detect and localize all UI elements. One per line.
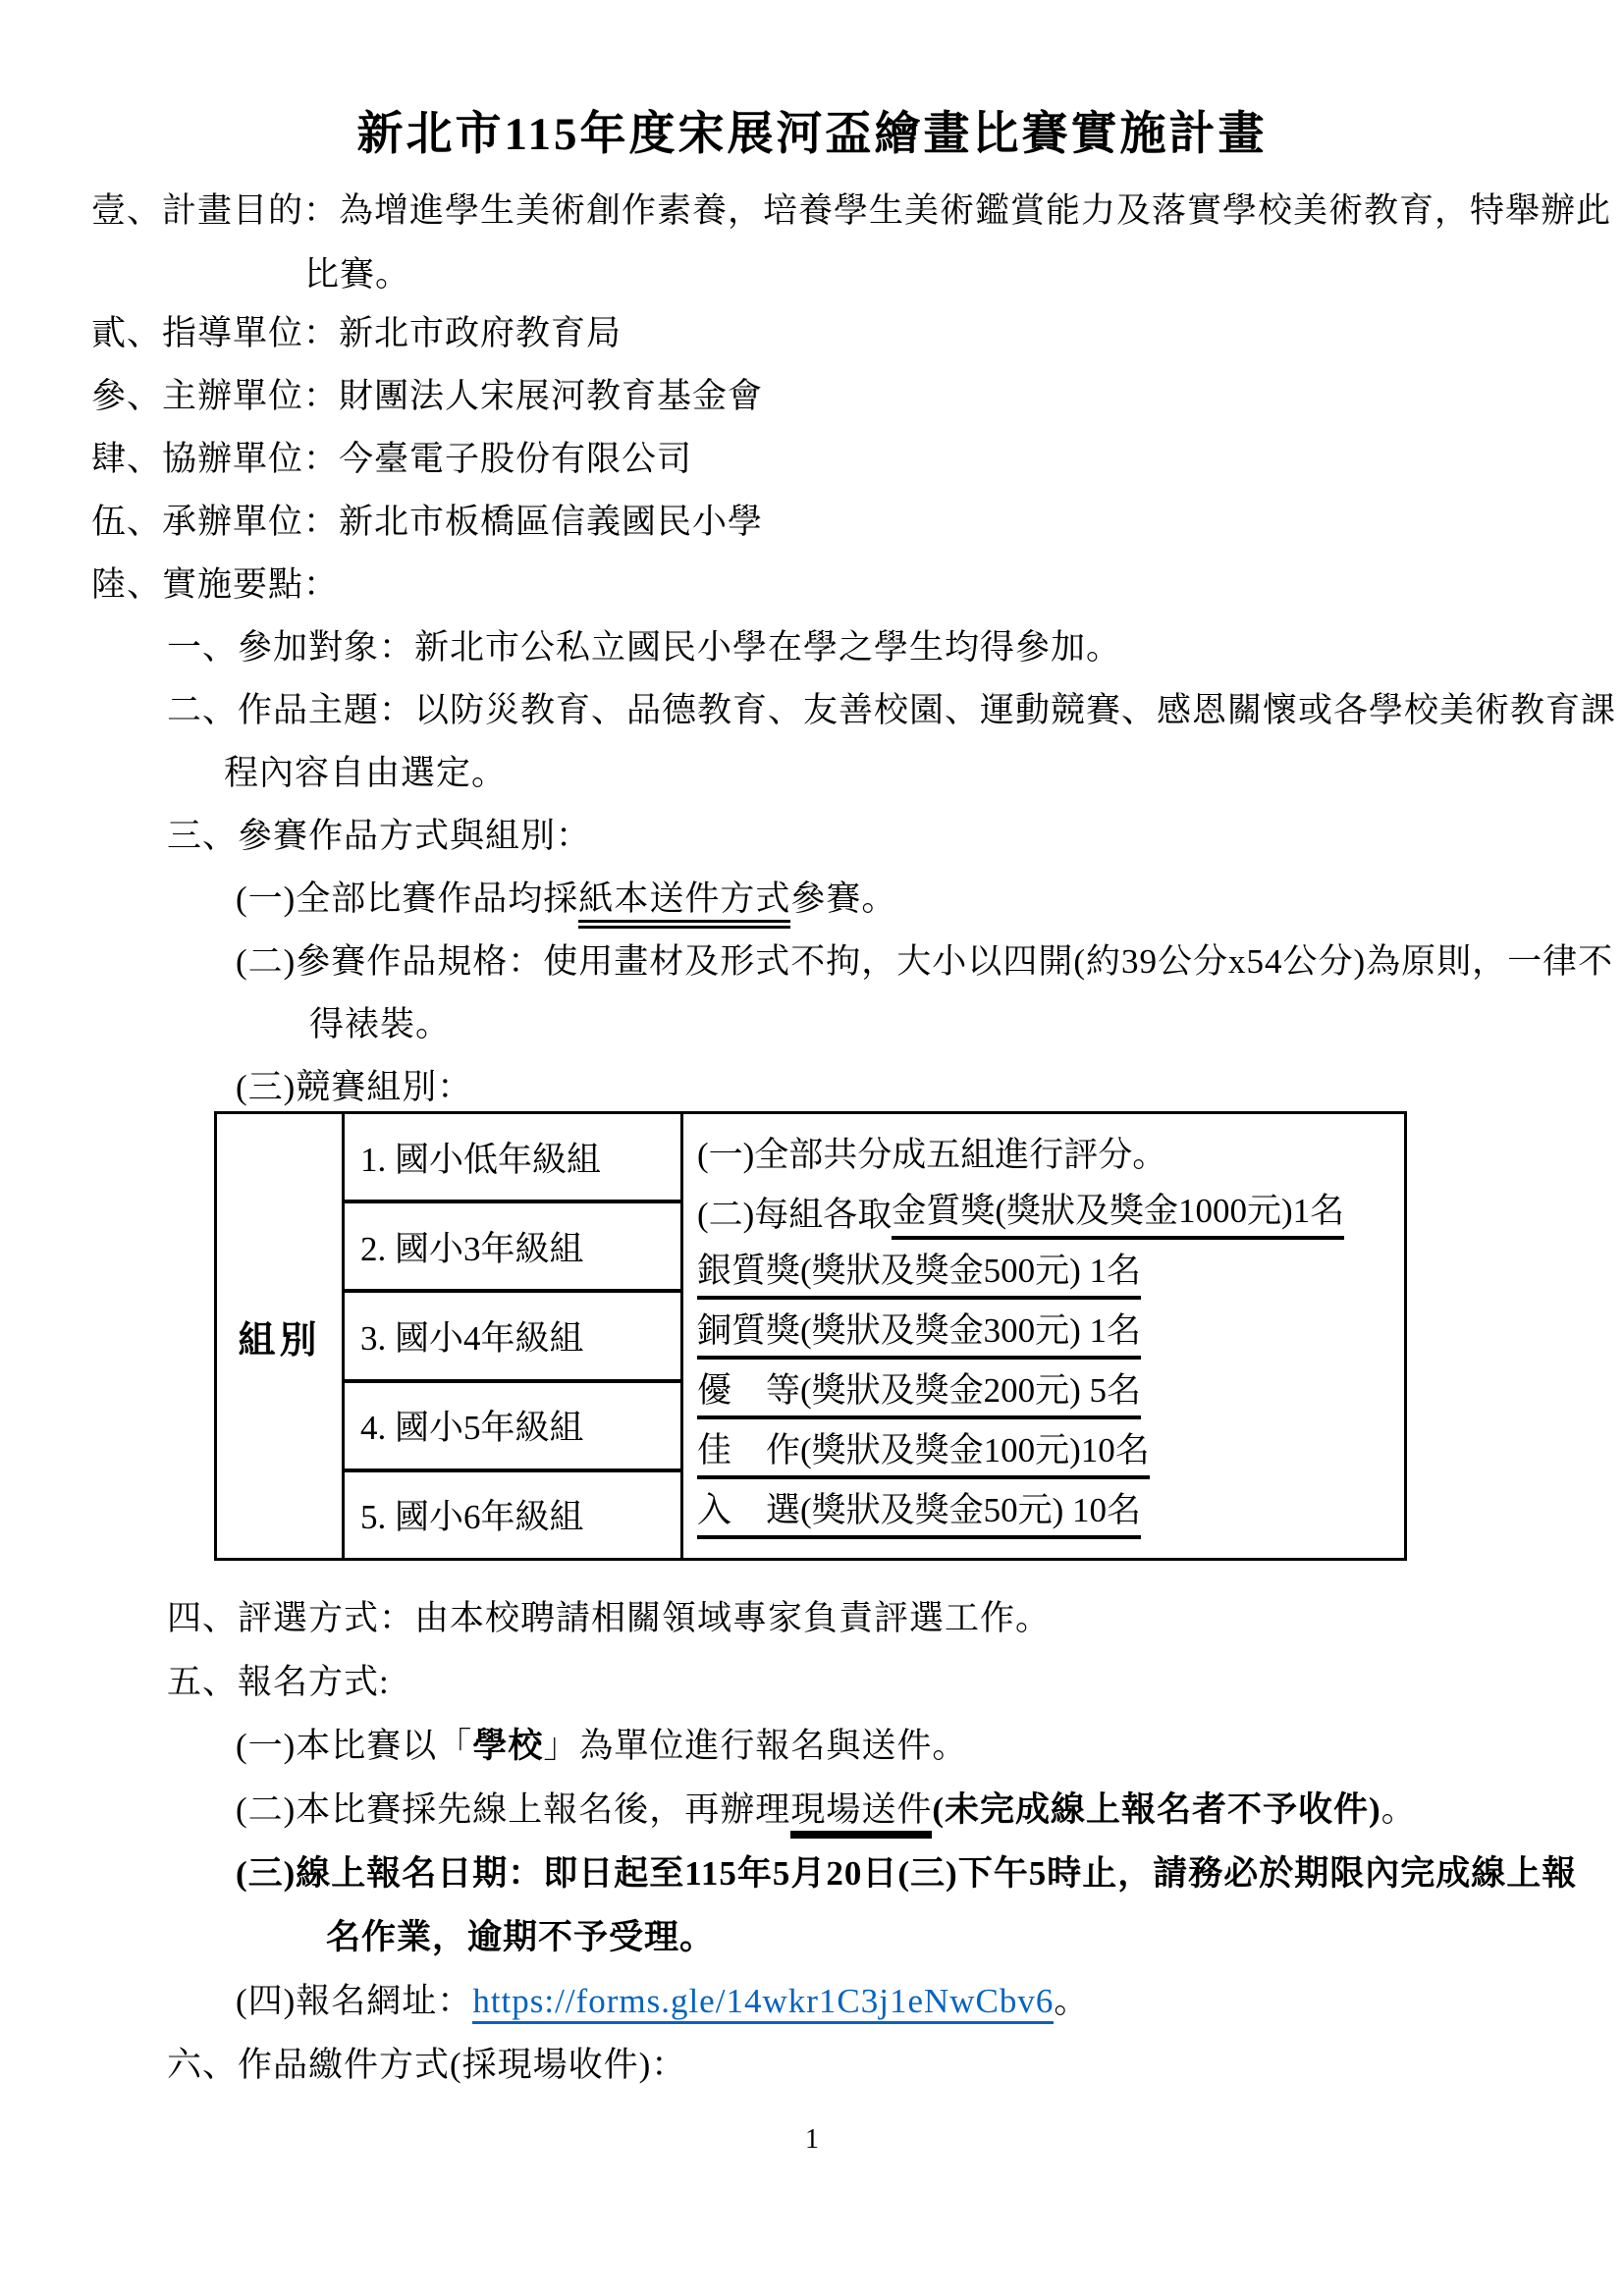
- award-line-merit: 佳 作(獎狀及獎金100元)10名: [697, 1421, 1404, 1481]
- selected-award-underlined: 入 選(獎狀及獎金50元) 10名: [697, 1483, 1141, 1539]
- onsite-pre: (二)本比賽採先線上報名後，再辦理: [236, 1790, 790, 1829]
- onsite-warning-bold: (未完成線上報名者不予收件): [932, 1790, 1380, 1829]
- section-organizer: 參、主辦單位：財團法人宋展河教育基金會: [91, 372, 763, 421]
- section-purpose: 壹、計畫目的：為增進學生美術創作素養，培養學生美術鑑賞能力及落實學校美術教育，特…: [91, 187, 1611, 236]
- group-1-label: 1. 國小低年級組: [360, 1133, 601, 1182]
- item-registration-deadline: (三)線上報名日期：即日起至115年5月20日(三)下午5時止，請務必於期限內完…: [236, 1849, 1577, 1898]
- registration-url-post: 。: [1054, 1982, 1089, 2020]
- table-row-group-2: 2. 國小3年級組: [345, 1203, 680, 1293]
- table-row-group-1: 1. 國小低年級組: [345, 1114, 680, 1203]
- section-co-organizer: 肆、協辦單位：今臺電子股份有限公司: [91, 435, 692, 484]
- registration-unit-post: 」為單位進行報名與送件。: [543, 1727, 967, 1765]
- group-3-label: 3. 國小4年級組: [360, 1311, 584, 1361]
- table-awards-column: (一)全部共分成五組進行評分。 (二)每組各取金質獎(獎狀及獎金1000元)1名…: [683, 1114, 1404, 1558]
- award-line-scoring: (一)全部共分成五組進行評分。: [697, 1122, 1404, 1182]
- table-row-group-3: 3. 國小4年級組: [345, 1293, 680, 1382]
- section-key-points: 陸、實施要點：: [91, 561, 339, 610]
- table-row-group-4: 4. 國小5年級組: [345, 1383, 680, 1472]
- award-line-bronze: 銅質獎(獎狀及獎金300元) 1名: [697, 1302, 1404, 1362]
- table-header-group: 組別: [217, 1114, 345, 1558]
- groups-awards-table: 組別 1. 國小低年級組 2. 國小3年級組 3. 國小4年級組 4. 國小5年…: [214, 1111, 1407, 1561]
- table-groups-column: 1. 國小低年級組 2. 國小3年級組 3. 國小4年級組 4. 國小5年級組 …: [345, 1114, 683, 1558]
- award-line-selected: 入 選(獎狀及獎金50元) 10名: [697, 1481, 1404, 1541]
- merit-award-underlined: 佳 作(獎狀及獎金100元)10名: [697, 1423, 1150, 1479]
- item-onsite-submission: (二)本比賽採先線上報名後，再辦理現場送件(未完成線上報名者不予收件)。: [236, 1786, 1417, 1835]
- silver-award-underlined: 銀質獎(獎狀及獎金500元) 1名: [697, 1244, 1141, 1300]
- registration-link[interactable]: https://forms.gle/14wkr1C3j1eNwCbv6: [472, 1982, 1054, 2024]
- item-artwork-spec: (二)參賽作品規格：使用畫材及形式不拘，大小以四開(約39公分x54公分)為原則…: [236, 937, 1613, 987]
- gold-award-underlined: 金質獎(獎狀及獎金1000元)1名: [892, 1184, 1344, 1240]
- school-bold: 學校: [472, 1727, 543, 1765]
- item-registration-unit: (一)本比賽以「學校」為單位進行報名與送件。: [236, 1722, 967, 1771]
- section-purpose-cont: 比賽。: [304, 250, 410, 299]
- bronze-award-underlined: 銅質獎(獎狀及獎金300元) 1名: [697, 1304, 1141, 1360]
- section-supervisor: 貳、指導單位：新北市政府教育局: [91, 309, 622, 358]
- item-theme: 二、作品主題：以防災教育、品德教育、友善校園、運動競賽、感恩關懷或各學校美術教育…: [167, 686, 1616, 735]
- item-artwork-delivery: 六、作品繳件方式(採現場收件)：: [167, 2041, 686, 2090]
- item-judging: 四、評選方式：由本校聘請相關領域專家負責評選工作。: [167, 1594, 1051, 1643]
- group-2-label: 2. 國小3年級組: [360, 1222, 584, 1271]
- item-participants: 一、參加對象：新北市公私立國民小學在學之學生均得參加。: [167, 623, 1121, 672]
- item-artwork-spec-cont: 得裱裝。: [309, 1000, 451, 1049]
- item-competition-groups: (三)競賽組別：: [236, 1063, 472, 1112]
- onsite-post: 。: [1381, 1790, 1417, 1829]
- page-number: 1: [0, 2120, 1624, 2160]
- excellent-award-underlined: 優 等(獎狀及獎金200元) 5名: [697, 1363, 1141, 1419]
- award-line-excellent: 優 等(獎狀及獎金200元) 5名: [697, 1362, 1404, 1421]
- paper-submission-post: 參賽。: [790, 880, 896, 918]
- page-title: 新北市115年度宋展河盃繪畫比賽實施計畫: [0, 106, 1624, 163]
- table-row-group-5: 5. 國小6年級組: [345, 1472, 680, 1558]
- registration-unit-pre: (一)本比賽以「: [236, 1727, 472, 1765]
- item-registration-url: (四)報名網址：https://forms.gle/14wkr1C3j1eNwC…: [236, 1977, 1089, 2026]
- award-line-gold: (二)每組各取金質獎(獎狀及獎金1000元)1名: [697, 1182, 1404, 1242]
- paper-submission-underlined: 紙本送件方式: [578, 880, 790, 929]
- section-undertaker: 伍、承辦單位：新北市板橋區信義國民小學: [91, 498, 763, 547]
- registration-url-pre: (四)報名網址：: [236, 1982, 472, 2020]
- group-header-label: 組別: [238, 1309, 320, 1363]
- item-paper-submission: (一)全部比賽作品均採紙本送件方式參賽。: [236, 875, 896, 924]
- paper-submission-pre: (一)全部比賽作品均採: [236, 880, 578, 918]
- item-registration-deadline-cont: 名作業，逾期不予受理。: [326, 1913, 715, 1962]
- award-line-silver: 銀質獎(獎狀及獎金500元) 1名: [697, 1242, 1404, 1302]
- item-entry-format: 三、參賽作品方式與組別：: [167, 812, 591, 861]
- item-theme-cont: 程內容自由選定。: [224, 749, 507, 798]
- group-5-label: 5. 國小6年級組: [360, 1490, 584, 1539]
- group-4-label: 4. 國小5年級組: [360, 1401, 584, 1450]
- item-registration: 五、報名方式:: [167, 1658, 390, 1707]
- onsite-underlined: 現場送件: [790, 1790, 932, 1839]
- document-page: 新北市115年度宋展河盃繪畫比賽實施計畫 壹、計畫目的：為增進學生美術創作素養，…: [0, 0, 1624, 2296]
